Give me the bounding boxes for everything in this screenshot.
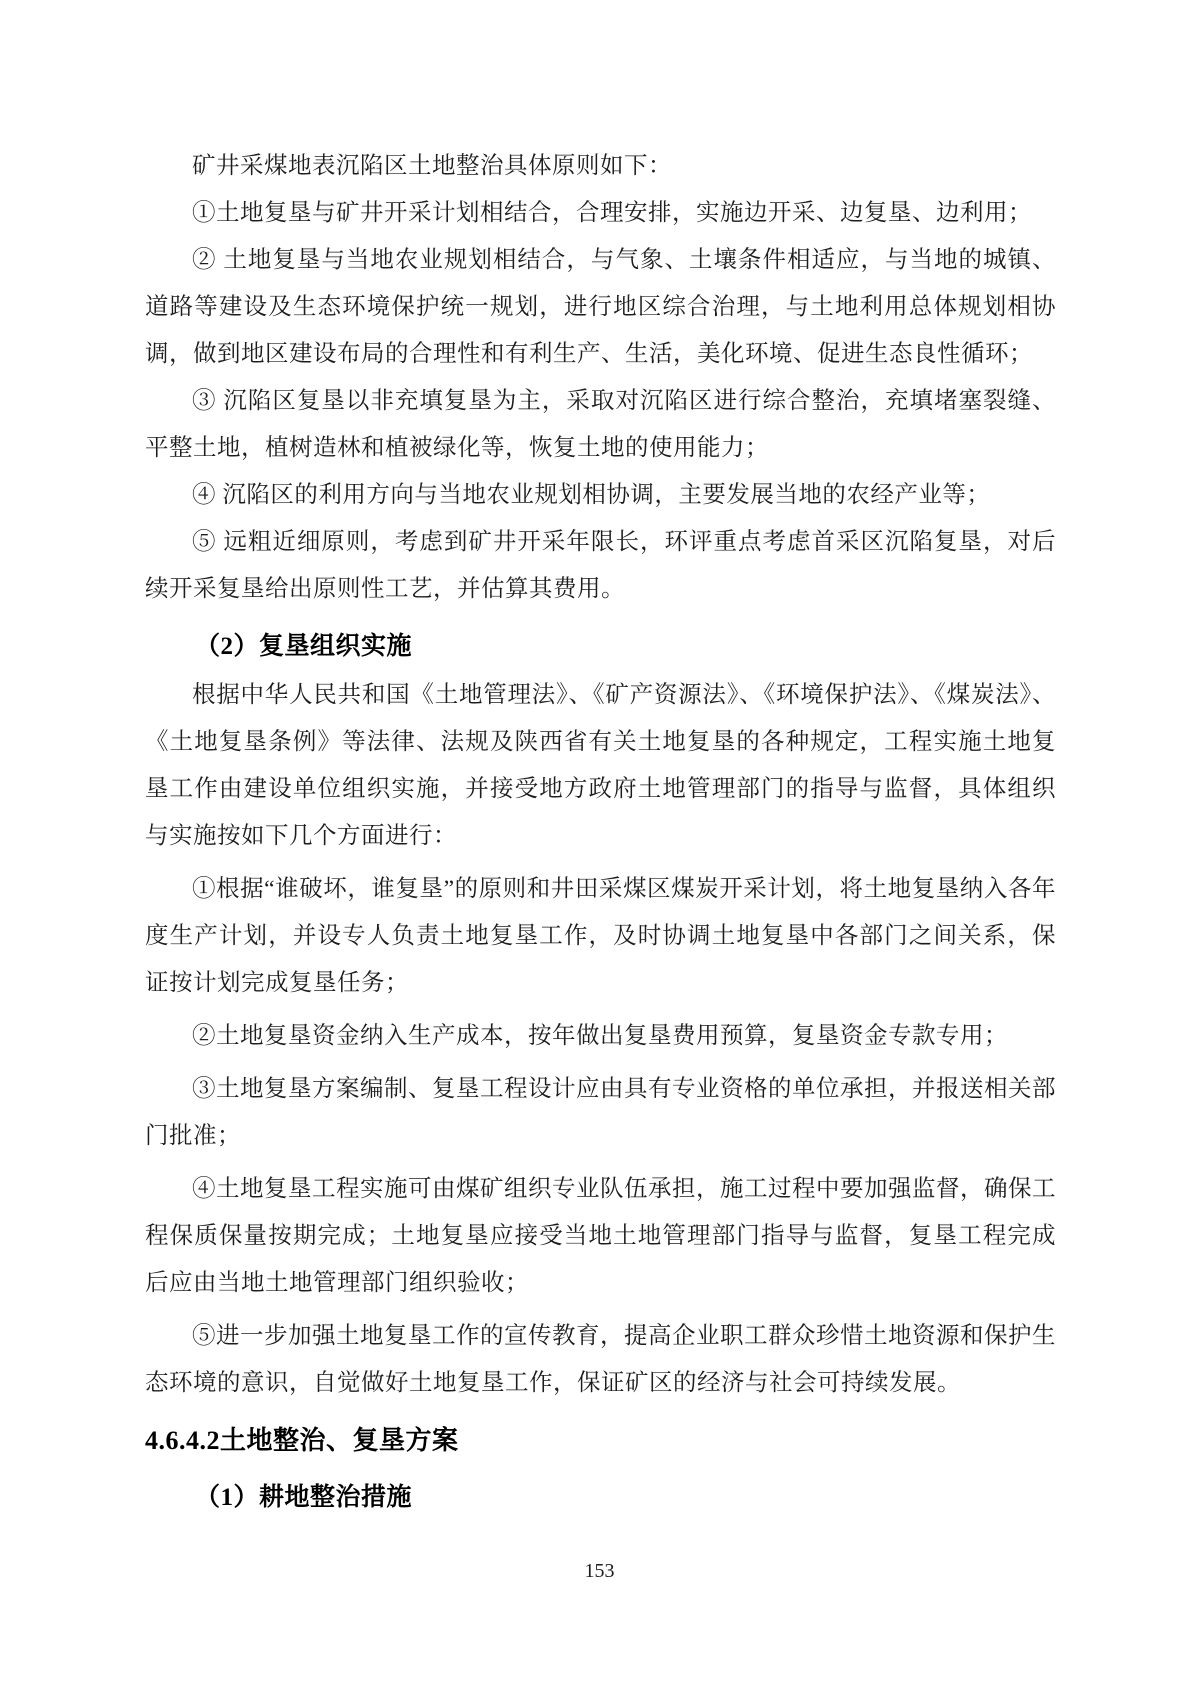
organization-item-4: ④土地复垦工程实施可由煤矿组织专业队伍承担，施工过程中要加强监督，确保工程保质保… [145,1166,1056,1307]
principle-item-2: ② 土地复垦与当地农业规划相结合，与气象、土壤条件相适应，与当地的城镇、道路等建… [145,237,1056,378]
paragraph-principles-intro: 矿井采煤地表沉陷区土地整治具体原则如下： [145,143,1056,190]
page-number: 153 [0,1558,1199,1584]
heading-farmland-measures: （1）耕地整治措施 [145,1474,1056,1521]
document-page: 矿井采煤地表沉陷区土地整治具体原则如下： ①土地复垦与矿井开采计划相结合，合理安… [0,0,1199,1696]
principle-item-5: ⑤ 远粗近细原则，考虑到矿井开采年限长，环评重点考虑首采区沉陷复垦，对后续开采复… [145,519,1056,613]
principle-item-3: ③ 沉陷区复垦以非充填复垦为主，采取对沉陷区进行综合整治，充填堵塞裂缝、平整土地… [145,378,1056,472]
organization-item-5: ⑤进一步加强土地复垦工作的宣传教育，提高企业职工群众珍惜土地资源和保护生态环境的… [145,1313,1056,1407]
principle-item-4: ④ 沉陷区的利用方向与当地农业规划相协调，主要发展当地的农经产业等； [145,472,1056,519]
section-heading-4-6-4-2: 4.6.4.2土地整治、复垦方案 [145,1417,1056,1464]
principle-item-1: ①土地复垦与矿井开采计划相结合，合理安排，实施边开采、边复垦、边利用； [145,190,1056,237]
document-body: 矿井采煤地表沉陷区土地整治具体原则如下： ①土地复垦与矿井开采计划相结合，合理安… [145,143,1056,1523]
organization-item-3: ③土地复垦方案编制、复垦工程设计应由具有专业资格的单位承担，并报送相关部门批准； [145,1066,1056,1160]
heading-reclamation-organization: （2）复垦组织实施 [145,623,1056,670]
organization-item-2: ②土地复垦资金纳入生产成本，按年做出复垦费用预算，复垦资金专款专用； [145,1013,1056,1060]
organization-item-1: ①根据“谁破坏，谁复垦”的原则和井田采煤区煤炭开采计划，将土地复垦纳入各年度生产… [145,866,1056,1007]
paragraph-organization-intro: 根据中华人民共和国《土地管理法》、《矿产资源法》、《环境保护法》、《煤炭法》、《… [145,672,1056,860]
